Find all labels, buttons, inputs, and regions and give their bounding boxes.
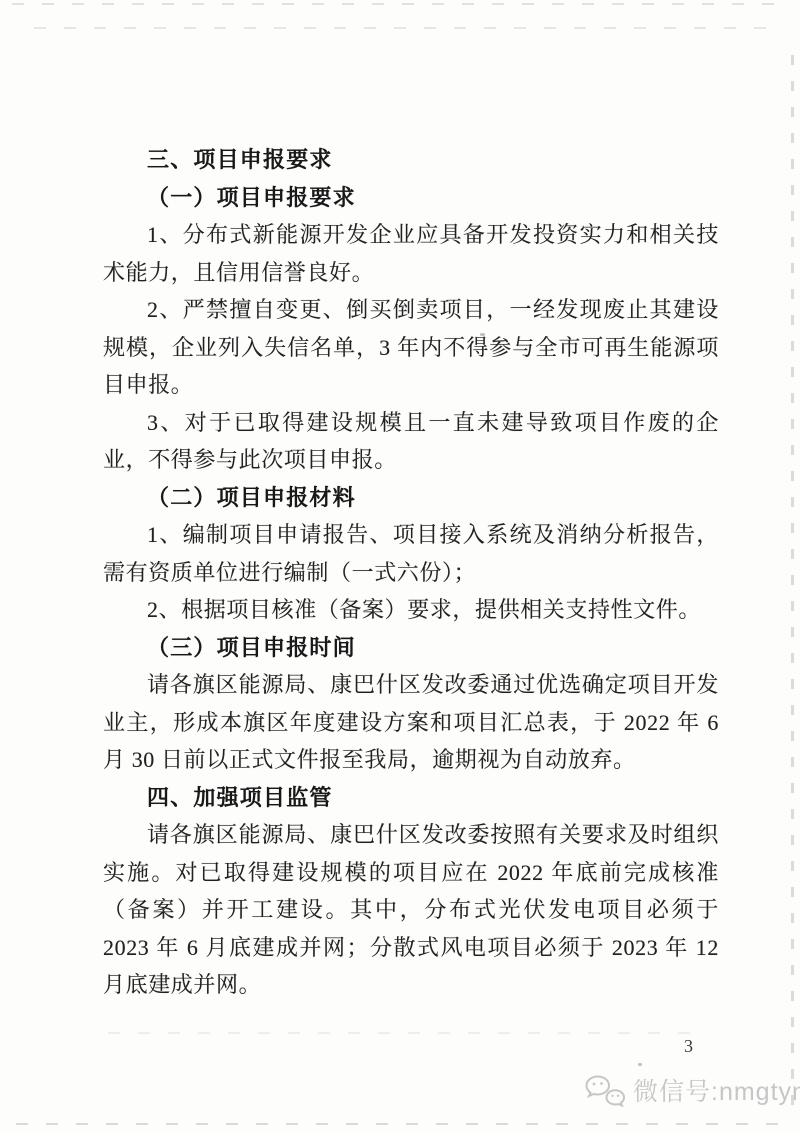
subsection-heading-3-2: （二）项目申报材料 <box>103 479 719 517</box>
subsection-heading-3-1: （一）项目申报要求 <box>103 179 719 217</box>
wechat-watermark: 微信号:nmgtyn <box>584 1072 800 1108</box>
paragraph: 2、根据项目核准（备案）要求，提供相关支持性文件。 <box>103 591 719 629</box>
subsection-heading-3-3: （三）项目申报时间 <box>103 629 719 667</box>
wechat-icon <box>584 1073 626 1107</box>
paragraph: 请各旗区能源局、康巴什区发改委通过优选确定项目开发业主，形成本旗区年度建设方案和… <box>103 666 719 779</box>
scan-artifact-bottom-line <box>16 1123 786 1125</box>
paragraph: 1、编制项目申请报告、项目接入系统及消纳分析报告，需有资质单位进行编制（一式六份… <box>103 516 719 591</box>
scanned-document-page: 三、项目申报要求 （一）项目申报要求 1、分布式新能源开发企业应具备开发投资实力… <box>0 0 800 1131</box>
document-body: 三、项目申报要求 （一）项目申报要求 1、分布式新能源开发企业应具备开发投资实力… <box>103 141 719 1004</box>
scan-artifact-right-edge <box>791 55 794 1105</box>
scan-artifact-footer-line <box>108 1032 708 1034</box>
paragraph: 请各旗区能源局、康巴什区发改委按照有关要求及时组织实施。对已取得建设规模的项目应… <box>103 816 719 1004</box>
paragraph: 2、严禁擅自变更、倒买倒卖项目，一经发现废止其建设规模，企业列入失信名单，3 年… <box>103 291 719 404</box>
wechat-id-text: 微信号:nmgtyn <box>633 1072 800 1108</box>
paragraph: 3、对于已取得建设规模且一直未建导致项目作废的企业，不得参与此次项目申报。 <box>103 404 719 479</box>
section-heading-4: 四、加强项目监管 <box>103 779 719 817</box>
scan-artifact-top-line-2 <box>34 27 782 29</box>
section-heading-3: 三、项目申报要求 <box>103 141 719 179</box>
scan-artifact-top-line <box>12 3 786 5</box>
page-number: 3 <box>684 1036 694 1057</box>
paragraph: 1、分布式新能源开发企业应具备开发投资实力和相关技术能力，且信用信誉良好。 <box>103 216 719 291</box>
scan-speck <box>638 1063 642 1066</box>
